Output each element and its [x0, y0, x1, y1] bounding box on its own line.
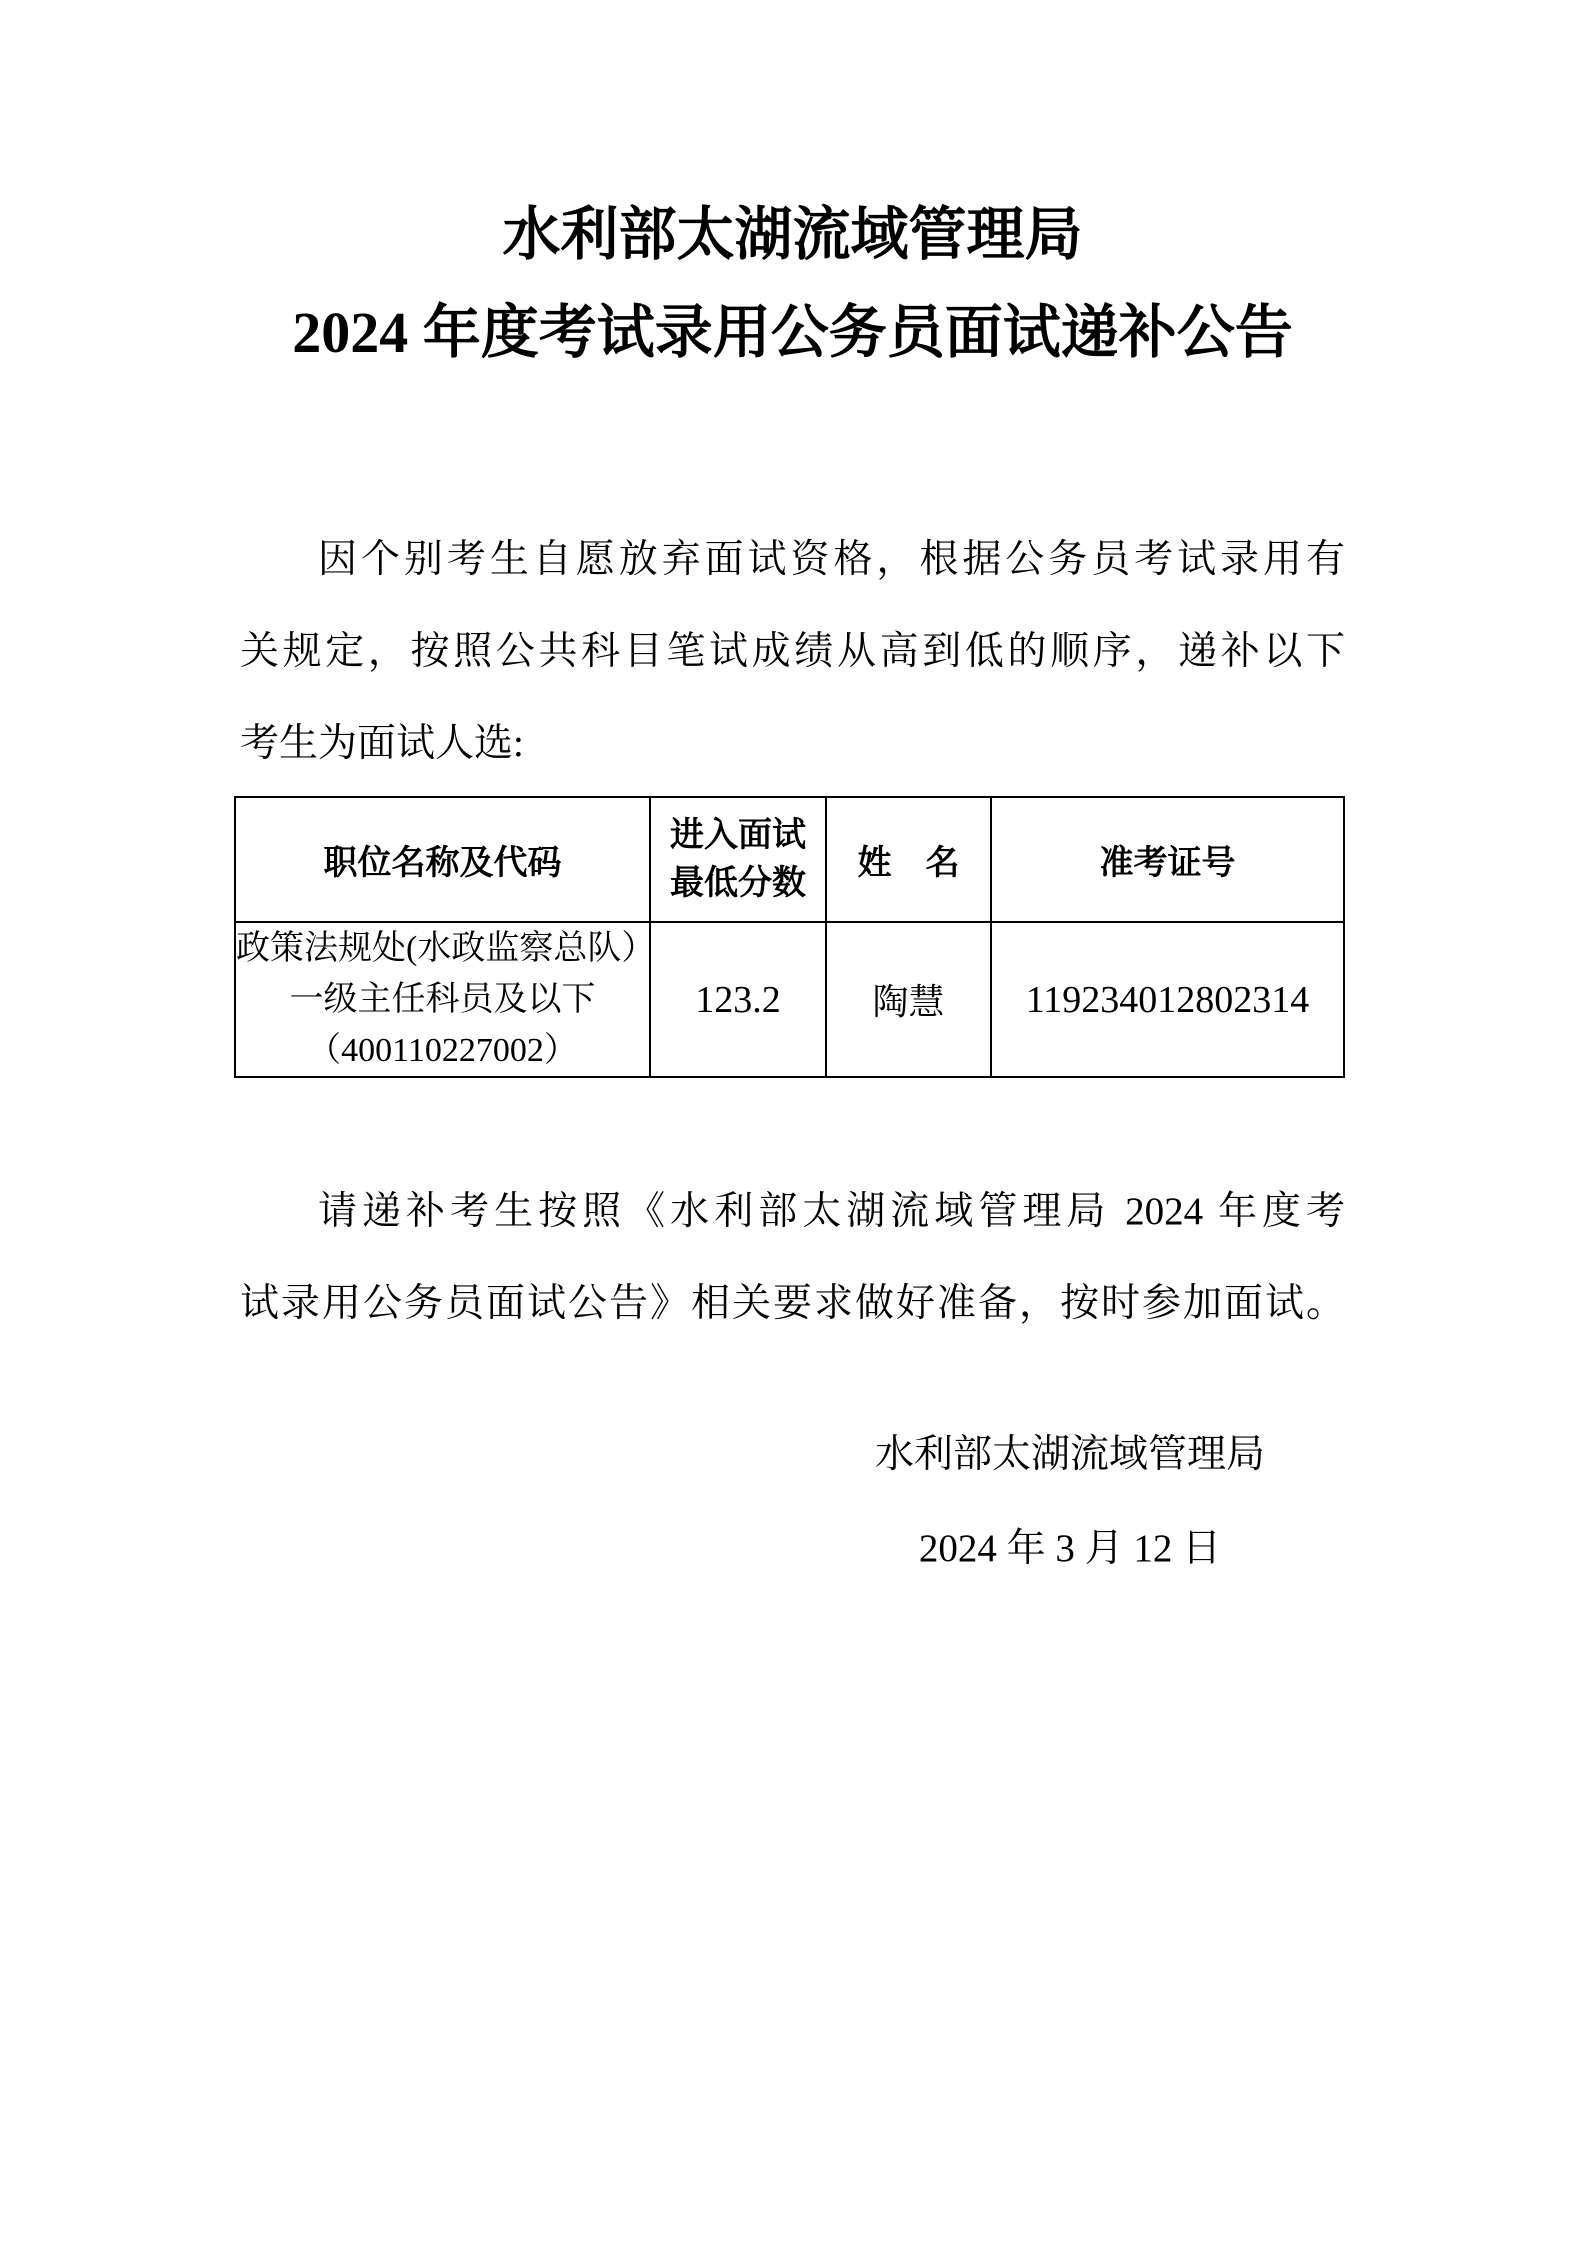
closing-paragraph: 请递补考生按照《水利部太湖流域管理局 2024 年度考 试录用公务员面试公告》相…	[240, 1166, 1345, 1350]
title-line-2: 2024 年度考试录用公务员面试递补公告	[240, 284, 1345, 382]
header-min-score: 进入面试 最低分数	[650, 797, 826, 922]
table-row: 政策法规处(水政监察总队） 一级主任科员及以下 （400110227002） 1…	[235, 922, 1344, 1077]
cell-position-line-1: 政策法规处(水政监察总队）	[236, 923, 649, 974]
cell-position: 政策法规处(水政监察总队） 一级主任科员及以下 （400110227002）	[235, 922, 650, 1077]
table-header-row: 职位名称及代码 进入面试 最低分数 姓 名 准考证号	[235, 797, 1344, 922]
cell-position-line-3: （400110227002）	[236, 1025, 649, 1076]
header-name: 姓 名	[826, 797, 991, 922]
header-min-score-line-1: 进入面试	[651, 812, 825, 860]
cell-min-score: 123.2	[650, 922, 826, 1077]
header-min-score-line-2: 最低分数	[651, 860, 825, 908]
document-body-lower: 请递补考生按照《水利部太湖流域管理局 2024 年度考 试录用公务员面试公告》相…	[240, 1166, 1345, 1350]
intro-line-2: 关规定，按照公共科目笔试成绩从高到低的顺序，递补以下	[240, 606, 1345, 698]
announcement-page: 水利部太湖流域管理局 2024 年度考试录用公务员面试递补公告 因个别考生自愿放…	[0, 0, 1587, 2245]
header-ticket-number: 准考证号	[991, 797, 1344, 922]
signature-date: 2024 年 3 月 12 日	[700, 1502, 1440, 1596]
cell-ticket-number: 119234012802314	[991, 922, 1344, 1077]
document-title: 水利部太湖流域管理局 2024 年度考试录用公务员面试递补公告	[240, 0, 1345, 382]
closing-line-1: 请递补考生按照《水利部太湖流域管理局 2024 年度考	[240, 1166, 1345, 1258]
header-position: 职位名称及代码	[235, 797, 650, 922]
signature-block: 水利部太湖流域管理局 2024 年 3 月 12 日	[700, 1408, 1440, 1596]
candidate-table: 职位名称及代码 进入面试 最低分数 姓 名 准考证号 政策法规处(水政监察总队）…	[234, 796, 1345, 1078]
document-body: 因个别考生自愿放弃面试资格，根据公务员考试录用有 关规定，按照公共科目笔试成绩从…	[240, 514, 1345, 790]
cell-position-line-2: 一级主任科员及以下	[236, 974, 649, 1025]
closing-line-2: 试录用公务员面试公告》相关要求做好准备，按时参加面试。	[240, 1258, 1345, 1350]
intro-line-1: 因个别考生自愿放弃面试资格，根据公务员考试录用有	[240, 514, 1345, 606]
intro-line-3: 考生为面试人选:	[240, 698, 1345, 790]
cell-name: 陶慧	[826, 922, 991, 1077]
signature-org: 水利部太湖流域管理局	[700, 1408, 1440, 1502]
title-line-1: 水利部太湖流域管理局	[240, 186, 1345, 284]
intro-paragraph: 因个别考生自愿放弃面试资格，根据公务员考试录用有 关规定，按照公共科目笔试成绩从…	[240, 514, 1345, 790]
